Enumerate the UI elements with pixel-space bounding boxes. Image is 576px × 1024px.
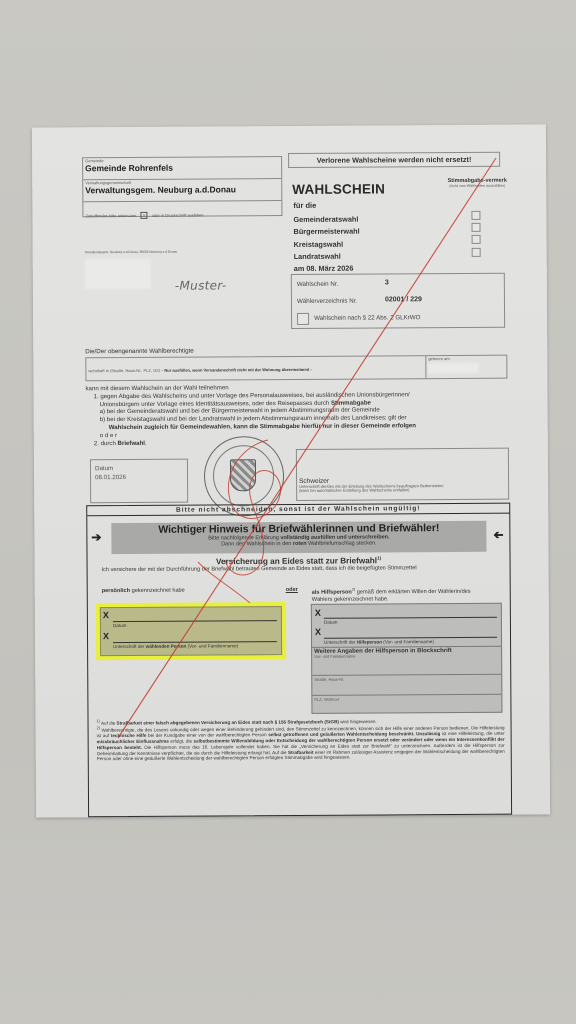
register-number-value: 02001 / 229 — [385, 296, 422, 303]
issue-date-label: Datum — [95, 465, 183, 473]
address-label-bold: Nur ausfüllen, wenn Versandanschrift nic… — [164, 367, 311, 373]
affirmation-text: Ich versichere der mit der Durchführung … — [102, 565, 497, 574]
instruction-mark: X — [141, 212, 148, 219]
address-field[interactable]: wohnhaft in (Straße, Haus-Nr., PLZ, Ort)… — [86, 356, 426, 380]
redacted-address — [85, 259, 151, 289]
helper-signature-label-end: (Vor- und Familienname) — [382, 639, 434, 644]
date-line[interactable] — [113, 620, 277, 622]
signature-label-bold: wählenden Person — [146, 644, 187, 649]
helper-signature-label-bold: Hilfsperson — [357, 639, 382, 644]
stimmabgabe-checkbox-kreistag[interactable] — [472, 235, 481, 244]
vg-value: Verwaltungsgem. Neuburg a.d.Donau — [85, 184, 279, 195]
election-item: Landratswahl — [294, 250, 360, 263]
issue-date-box: Datum 08.01.2026 — [90, 459, 188, 504]
paragraph-label: Wahlschein nach § 22 Abs. 2 GLKrWO — [314, 314, 420, 322]
footnote-2-e: ist eine Hilfeleistung, die unter — [440, 731, 504, 736]
helper-signature-label: Unterschrift der Hilfsperson (Vor- und F… — [324, 639, 434, 645]
redacted-birthdate — [428, 363, 478, 373]
helper-signature-x-mark: X — [315, 627, 321, 637]
oder-label: oder — [286, 587, 298, 593]
sender-line: Verwaltungsgem. Neuburg a.d.Donau, 86633… — [85, 250, 178, 255]
election-item: Bürgermeisterwahl — [294, 226, 360, 239]
footnote-2-j: Strafbarkeit — [288, 749, 314, 754]
paragraph-checkbox[interactable] — [297, 313, 309, 325]
footnote-2-f: missbräuchlicher Einflussnahme — [97, 739, 169, 744]
voter-header: Die/Der obengenannte Wahlberechtigte — [85, 348, 194, 356]
participation-item-2: 2. durch — [94, 440, 118, 447]
footnote-1-text: Auf die — [100, 721, 117, 726]
participation-item-1-bold: Stimmabgabe — [331, 399, 371, 406]
helper-date-x-mark: X — [315, 608, 321, 618]
helper-date-label: Datum — [324, 620, 338, 625]
stimmabgabe-note: (nicht vom Wählenden auszufüllen) — [447, 184, 507, 188]
personal-signature-area: X Datum X Unterschrift der wählenden Per… — [96, 602, 286, 660]
helper-street-label: Straße, Haus-Nr. — [314, 677, 499, 683]
signature-label: Unterschrift der wählenden Person (Vor- … — [113, 643, 238, 649]
footnotes: 1) Auf die Strafbarkeit einer falsch abg… — [97, 717, 505, 762]
arrow-left-icon: ➔ — [493, 528, 503, 542]
participation-item-2-bold: Briefwahl — [118, 439, 145, 446]
signature-label-end: (Vor- und Familienname) — [186, 643, 238, 648]
stimmabgabe-checkboxes — [471, 211, 480, 257]
helper-label: als Hilfsperson2) gemäß dem erklärten Wi… — [312, 586, 492, 604]
instruction-prefix: Zutreffendes bitte ankreuzen — [85, 213, 136, 218]
stimmabgabe-block: Stimmabgabe-vermerk (nicht vom Wählenden… — [447, 178, 507, 189]
election-list: Gemeinderatswahl Bürgermeisterwahl Kreis… — [293, 214, 359, 276]
personal-label-bold: persönlich — [102, 588, 130, 594]
warning-banner: Verlorene Wahlscheine werden nicht erset… — [288, 152, 500, 168]
register-number-label: Wählerverzeichnis Nr. — [297, 298, 357, 305]
participation-text: kann mit diesem Wahlschein an der Wahl t… — [85, 383, 515, 448]
bavarian-coat-of-arms-icon — [230, 459, 256, 491]
official-signature-box: Schweizer Unterschrift der/des mit der E… — [296, 448, 509, 501]
election-item: Kreistagswahl — [294, 238, 360, 251]
official-caption-2: (kann bei automatischer Erstellung des W… — [299, 488, 506, 494]
personal-label-rest: gekennzeichnet habe — [130, 588, 185, 594]
stimmabgabe-checkbox-buergermeister[interactable] — [471, 223, 480, 232]
helper-signature-label-normal: Unterschrift der — [324, 640, 357, 645]
hint-line-2-bold: roten — [293, 541, 307, 547]
footnote-2-g: erfolgt, die — [169, 739, 194, 744]
municipality-box: Gemeinde Gemeinde Rohrenfels Verwaltungs… — [82, 156, 282, 217]
postal-vote-hint: Wichtiger Hinweis für Briefwählerinnen u… — [111, 521, 486, 554]
helper-signature-area: X Datum X Unterschrift der Hilfsperson (… — [311, 603, 503, 714]
birthdate-field[interactable]: geboren am — [426, 356, 506, 378]
personal-label: persönlich gekennzeichnet habe — [102, 588, 185, 595]
stimmabgabe-checkbox-gemeinderat[interactable] — [471, 211, 480, 220]
signature-label-normal: Unterschrift der — [113, 644, 146, 649]
ballot-paper: Gemeinde Gemeinde Rohrenfels Verwaltungs… — [32, 124, 550, 817]
election-item: Gemeinderatswahl — [293, 214, 359, 227]
helper-name-field[interactable]: Weitere Angaben der Hilfsperson in Block… — [312, 646, 501, 675]
helper-city-field[interactable]: PLZ, Wohnort — [312, 694, 501, 715]
participation-item-2-end: . — [145, 439, 147, 446]
document-title: WAHLSCHEIN — [292, 181, 385, 197]
instruction-suffix: oder in Druckschrift ausfüllen — [152, 213, 204, 218]
date-label: Datum — [113, 623, 127, 628]
postal-vote-section: Bitte nicht abschneiden, sonst ist der W… — [86, 503, 512, 818]
signature-x-mark: X — [103, 631, 109, 641]
stimmabgabe-checkbox-landrat[interactable] — [472, 247, 481, 256]
affirmation-sup: 1) — [377, 555, 381, 560]
arrow-right-icon: ➔ — [91, 530, 101, 544]
helper-date-line[interactable] — [324, 617, 497, 619]
municipality-value: Gemeinde Rohrenfels — [85, 162, 279, 173]
ballot-number-label: Wahlschein Nr. — [297, 281, 338, 288]
helper-label-bold: als Hilfsperson — [312, 589, 352, 595]
document-subtitle: für die — [293, 201, 316, 210]
ballot-info-box: Wahlschein Nr. 3 Wählerverzeichnis Nr. 0… — [291, 273, 505, 329]
ballot-number-value: 3 — [385, 279, 389, 286]
date-x-mark: X — [103, 610, 109, 620]
helper-name-label: Vor- und Familienname — [314, 654, 499, 660]
footnote-2: 2) Wahlberechtigte, die des Lesens unkun… — [97, 724, 505, 762]
birthdate-label: geboren am — [428, 357, 504, 362]
voter-address-box: wohnhaft in (Straße, Haus-Nr., PLZ, Ort)… — [85, 355, 507, 382]
footnote-1-end: wird hingewiesen. — [339, 719, 377, 724]
helper-street-field[interactable]: Straße, Haus-Nr. — [312, 674, 501, 695]
hint-line-2-end: Wahlbriefumschlag stecken. — [307, 541, 377, 547]
helper-city-label: PLZ, Wohnort — [314, 697, 499, 703]
hint-line-1: Bitte nachfolgende Erklärung — [208, 535, 280, 541]
handwritten-note: -Muster- — [175, 278, 227, 292]
cut-warning: Bitte nicht abschneiden, sonst ist der W… — [87, 504, 509, 517]
footnote-2-b: technische Hilfe — [111, 733, 147, 738]
issue-date-value: 08.01.2026 — [95, 474, 183, 482]
address-label: wohnhaft in (Straße, Haus-Nr., PLZ, Ort)… — [88, 368, 164, 373]
hint-line-2: Dann den Wahlschein in den — [221, 541, 293, 547]
